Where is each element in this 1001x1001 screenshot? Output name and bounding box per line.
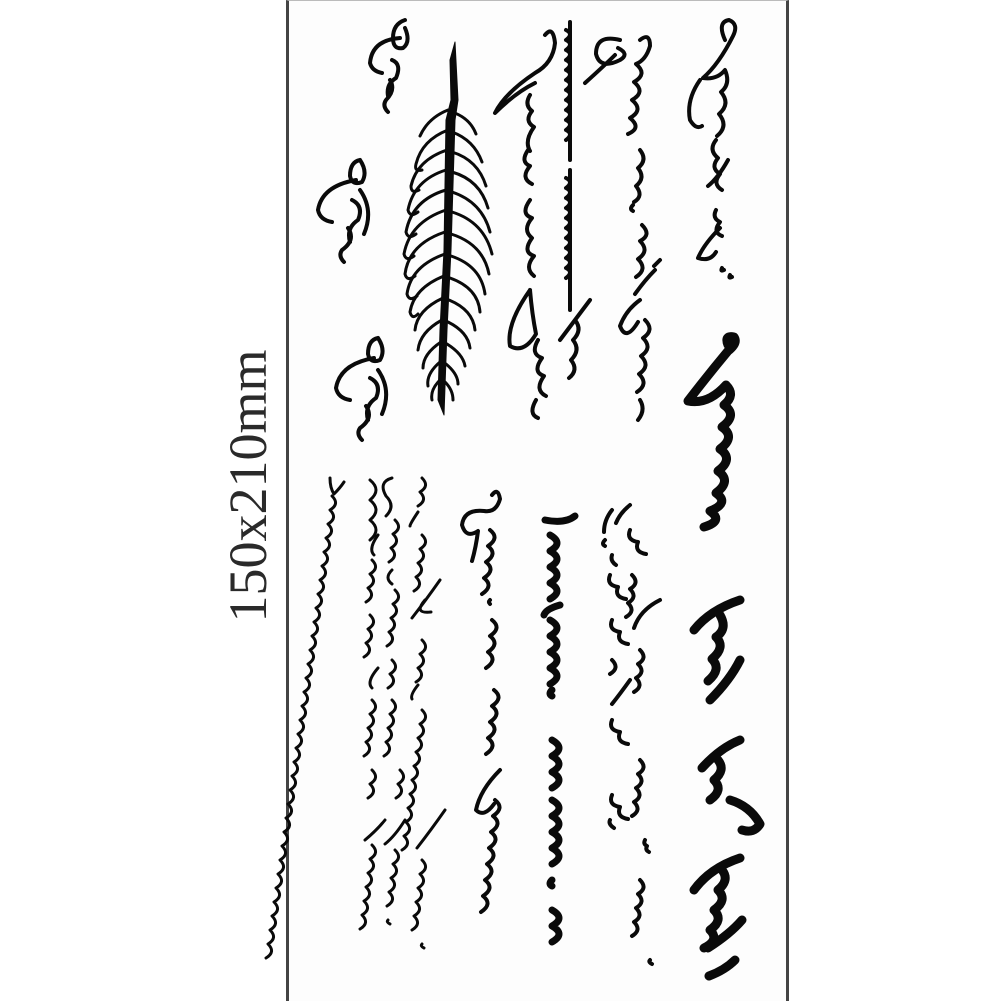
mongolian-script-icon — [495, 20, 735, 420]
mongolian-script-icon — [462, 492, 500, 912]
product-image: 150x210mm — [0, 0, 1001, 1001]
mongolian-script-icon — [688, 337, 760, 976]
feather-icon — [404, 42, 492, 415]
mongolian-script-icon — [603, 505, 660, 964]
calligraphy-glyph-icon — [370, 20, 408, 112]
mongolian-script-icon — [544, 516, 575, 942]
calligraphy-glyph-icon — [336, 338, 386, 440]
calligraphy-glyph-icon — [318, 160, 368, 262]
mongolian-script-icon — [266, 478, 445, 958]
tattoo-artwork — [0, 0, 1001, 1001]
